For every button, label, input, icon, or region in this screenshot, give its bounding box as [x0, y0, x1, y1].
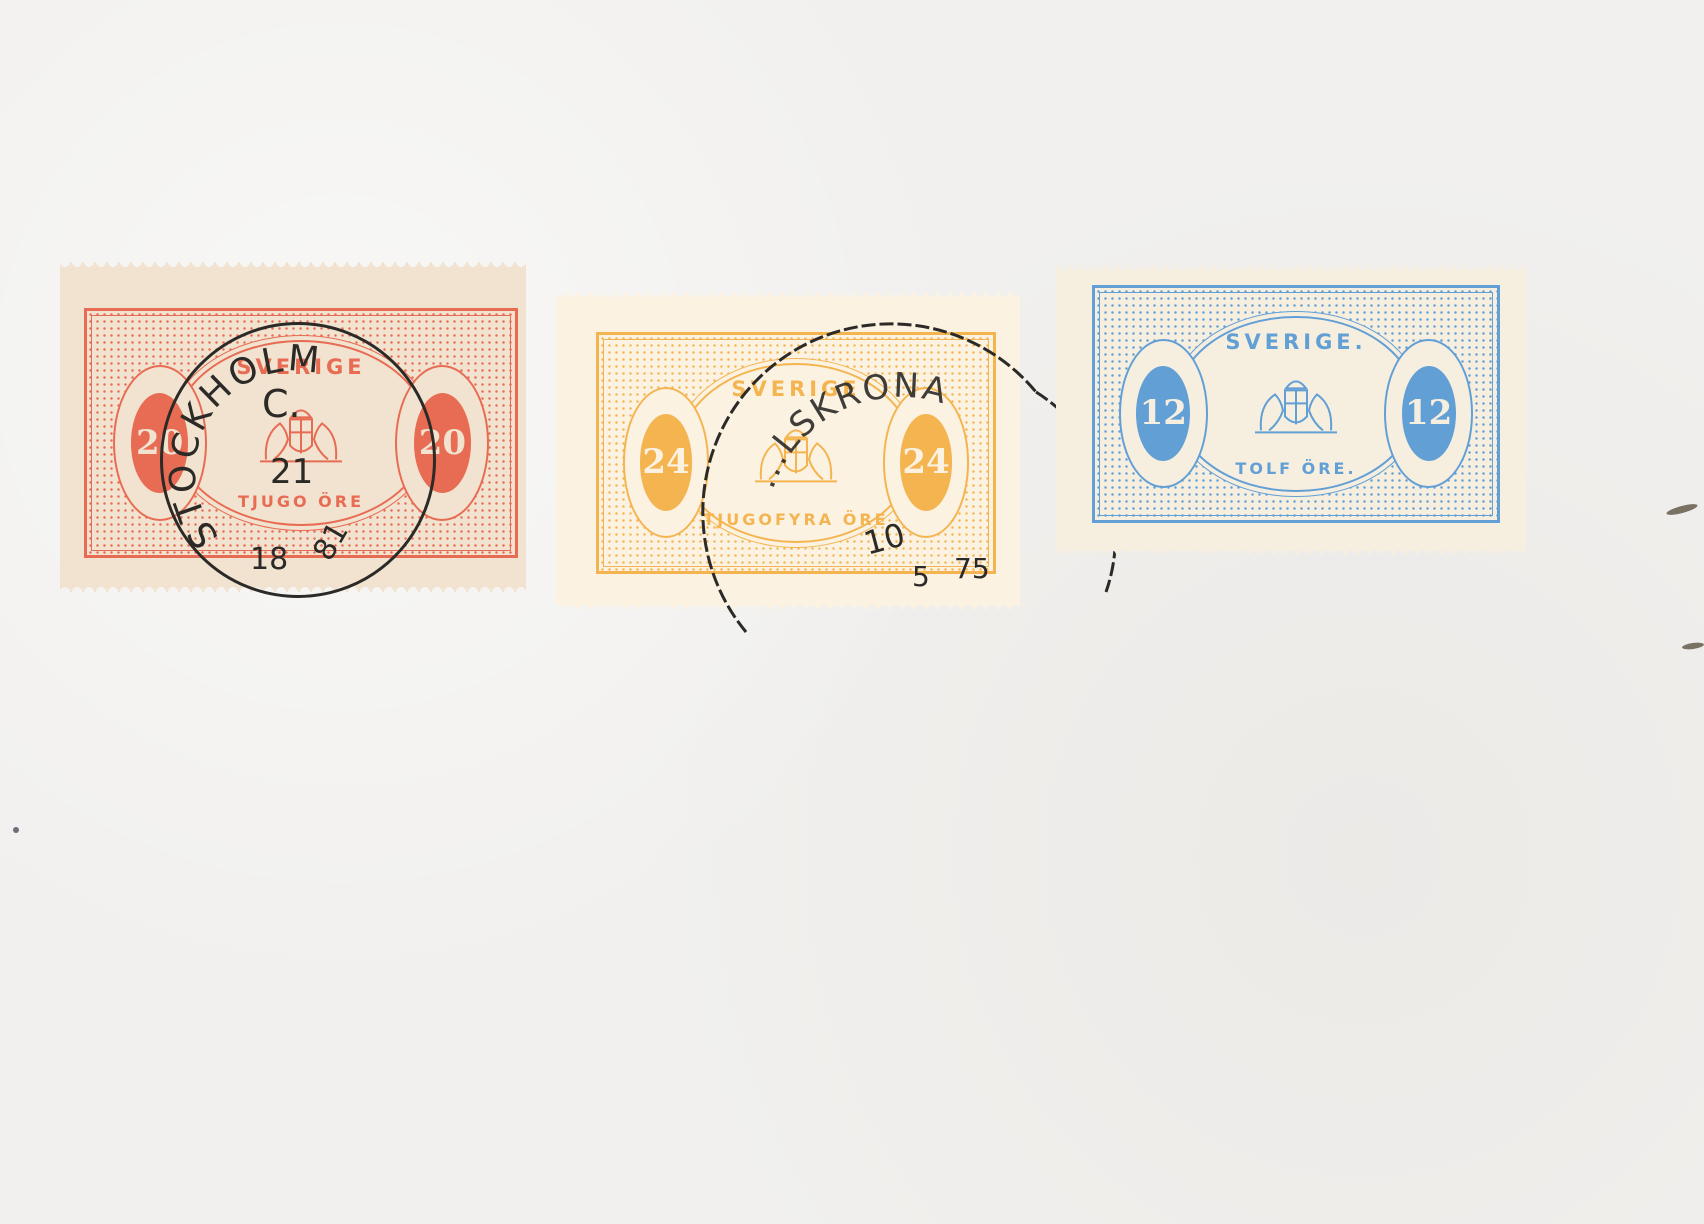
svg-text:...LSKRONA: ...LSKRONA: [743, 366, 952, 494]
postmark-day: 21: [270, 452, 313, 492]
scan-artifact: [13, 827, 19, 833]
country-name: SVERIGE.: [1095, 330, 1497, 354]
stamp-24-ore-yellow[interactable]: SVERIGE TJUGOFYRA ÖRE 24 24 ...LSKRONA 1…: [556, 292, 1020, 610]
scan-artifact: [1682, 641, 1704, 650]
svg-text:STOCKHOLM: STOCKHOLM: [162, 338, 324, 556]
central-oval: [1175, 316, 1416, 492]
value-oval-right: 12: [1384, 339, 1472, 488]
value-oval-left: 24: [623, 387, 710, 538]
value-numeral: 12: [1136, 366, 1190, 461]
stamp-20-ore-red[interactable]: SVERIGE TJUGO ÖRE 20 20 STOCKHOLM C. 21 …: [60, 262, 526, 592]
postmark-year: 75: [954, 552, 990, 585]
stamp-12-ore-blue[interactable]: SVERIGE. TOLF ÖRE. 12 12: [1056, 265, 1526, 555]
scan-artifact: [1666, 502, 1699, 517]
value-oval-left: 12: [1119, 339, 1207, 488]
denomination-text: TOLF ÖRE.: [1095, 459, 1497, 478]
postmark-arc: ...LSKRONA: [706, 332, 1106, 662]
postmark-time: 18: [250, 542, 288, 577]
coat-of-arms-icon: [1241, 370, 1351, 440]
value-numeral: 12: [1402, 366, 1456, 461]
stamp-design-frame: SVERIGE. TOLF ÖRE. 12 12: [1092, 285, 1500, 523]
postmark-month: 5: [912, 560, 930, 593]
scanned-album-page: { "page": { "description": "Scanned albu…: [0, 0, 1704, 1224]
value-numeral: 24: [640, 414, 693, 511]
postmark-office: C.: [262, 382, 301, 426]
